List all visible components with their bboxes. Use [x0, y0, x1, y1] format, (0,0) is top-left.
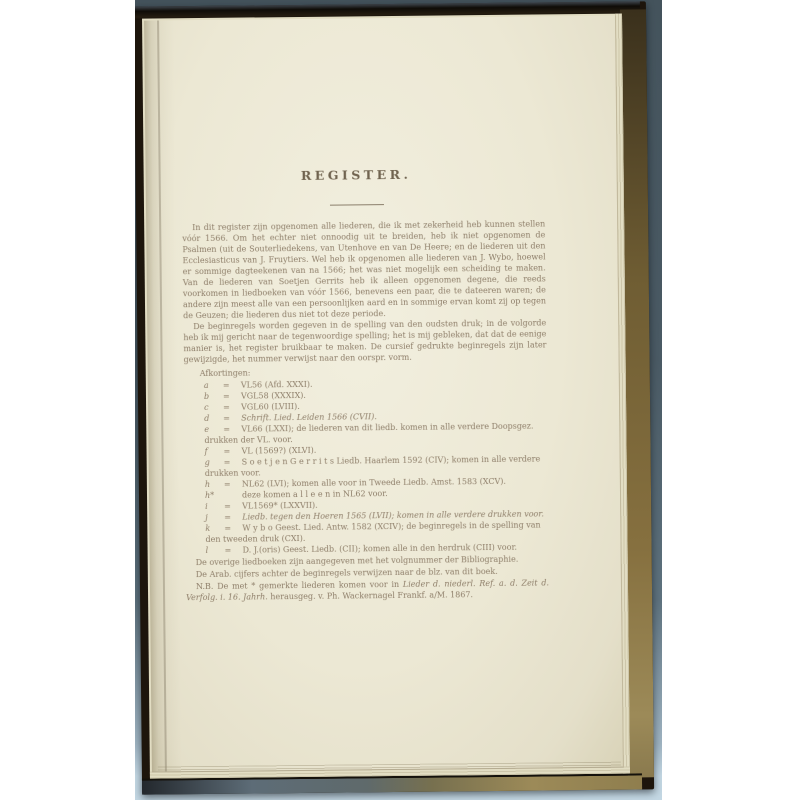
abbreviation-letter: e: [204, 424, 223, 435]
abbreviation-letter: l: [206, 545, 225, 556]
abbreviation-text: D. J.(oris) Geest. Liedb. (CII); komen a…: [243, 543, 518, 555]
abbreviation-text: VL1569* (LXXVII).: [242, 501, 318, 511]
abbreviation-text: deze komen a l l e e n in NL62 voor.: [242, 489, 388, 500]
equals-sign: =: [223, 446, 241, 457]
equals-sign: =: [224, 501, 242, 512]
abbreviation-letter: d: [204, 413, 223, 424]
abbreviation-letter: f: [204, 446, 223, 457]
equals-sign: =: [225, 545, 243, 556]
abbreviation-letter: b: [204, 391, 223, 402]
nb-text: N.B. De met * gemerkte liederen komen vo…: [196, 580, 403, 591]
abbreviation-letter: i: [205, 501, 224, 512]
abbreviation-text: VL (1569?) (XLVI).: [242, 446, 317, 456]
abbreviation-letter: a: [204, 380, 223, 391]
abbreviation-letter: g: [205, 457, 224, 468]
page-title: REGISTER.: [175, 166, 538, 184]
equals-sign: =: [224, 479, 242, 490]
nb-text-suffix: herausgeg. v. Ph. Wackernagel Frankf. a/…: [268, 590, 473, 601]
abbreviation-text: W y b o Geest. Lied. Antw. 1582 (XCIV); …: [205, 520, 540, 544]
equals-sign: =: [223, 402, 241, 413]
abbreviation-letter: j: [205, 512, 224, 523]
equals-sign: =: [224, 523, 242, 534]
book-page: REGISTER. In dit register zijn opgenomen…: [144, 16, 624, 773]
abbreviation-text: VL56 (Afd. XXXI).: [241, 380, 313, 390]
abbreviation-text: S o e t j e n G e r r i t s Liedb. Haarl…: [205, 454, 541, 478]
title-rule: [329, 204, 383, 206]
abbreviation-text: VGL58 (XXXIX).: [241, 391, 306, 401]
intro-paragraph-2: De beginregels worden gegeven in de spel…: [183, 317, 546, 365]
abbreviation-letter: h*: [205, 490, 224, 501]
abbreviation-letter: h: [205, 479, 224, 490]
equals-sign: =: [224, 457, 242, 468]
abbreviation-text: Schrift. Lied. Leiden 1566 (CVII).: [241, 412, 377, 422]
equals-sign: =: [224, 512, 242, 523]
abbreviation-letter: c: [204, 402, 223, 413]
abbreviations-list: a=VL56 (Afd. XXXI). b=VGL58 (XXXIX). c=V…: [184, 376, 549, 556]
book: REGISTER. In dit register zijn opgenomen…: [135, 1, 654, 794]
abbreviation-text: VL66 (LXXI); de liederen van dit liedb. …: [204, 422, 533, 445]
abbreviation-text: VGL60 (LVIII).: [241, 402, 300, 412]
equals-sign: =: [223, 380, 241, 391]
equals-sign: =: [223, 424, 241, 435]
equals-sign: =: [223, 391, 241, 402]
abbreviation-text: NL62 (LVI); komen alle voor in Tweede Li…: [242, 477, 506, 489]
photo-backdrop: REGISTER. In dit register zijn opgenomen…: [135, 0, 662, 800]
equals-sign: =: [223, 413, 241, 424]
intro-paragraph-1: In dit register zijn opgenomen alle lied…: [182, 218, 546, 321]
printed-content: REGISTER. In dit register zijn opgenomen…: [144, 16, 623, 772]
book-photograph: REGISTER. In dit register zijn opgenomen…: [0, 0, 800, 800]
nb-paragraph: N.B. De met * gemerkte liederen komen vo…: [186, 577, 549, 603]
abbreviation-letter: k: [205, 523, 224, 534]
